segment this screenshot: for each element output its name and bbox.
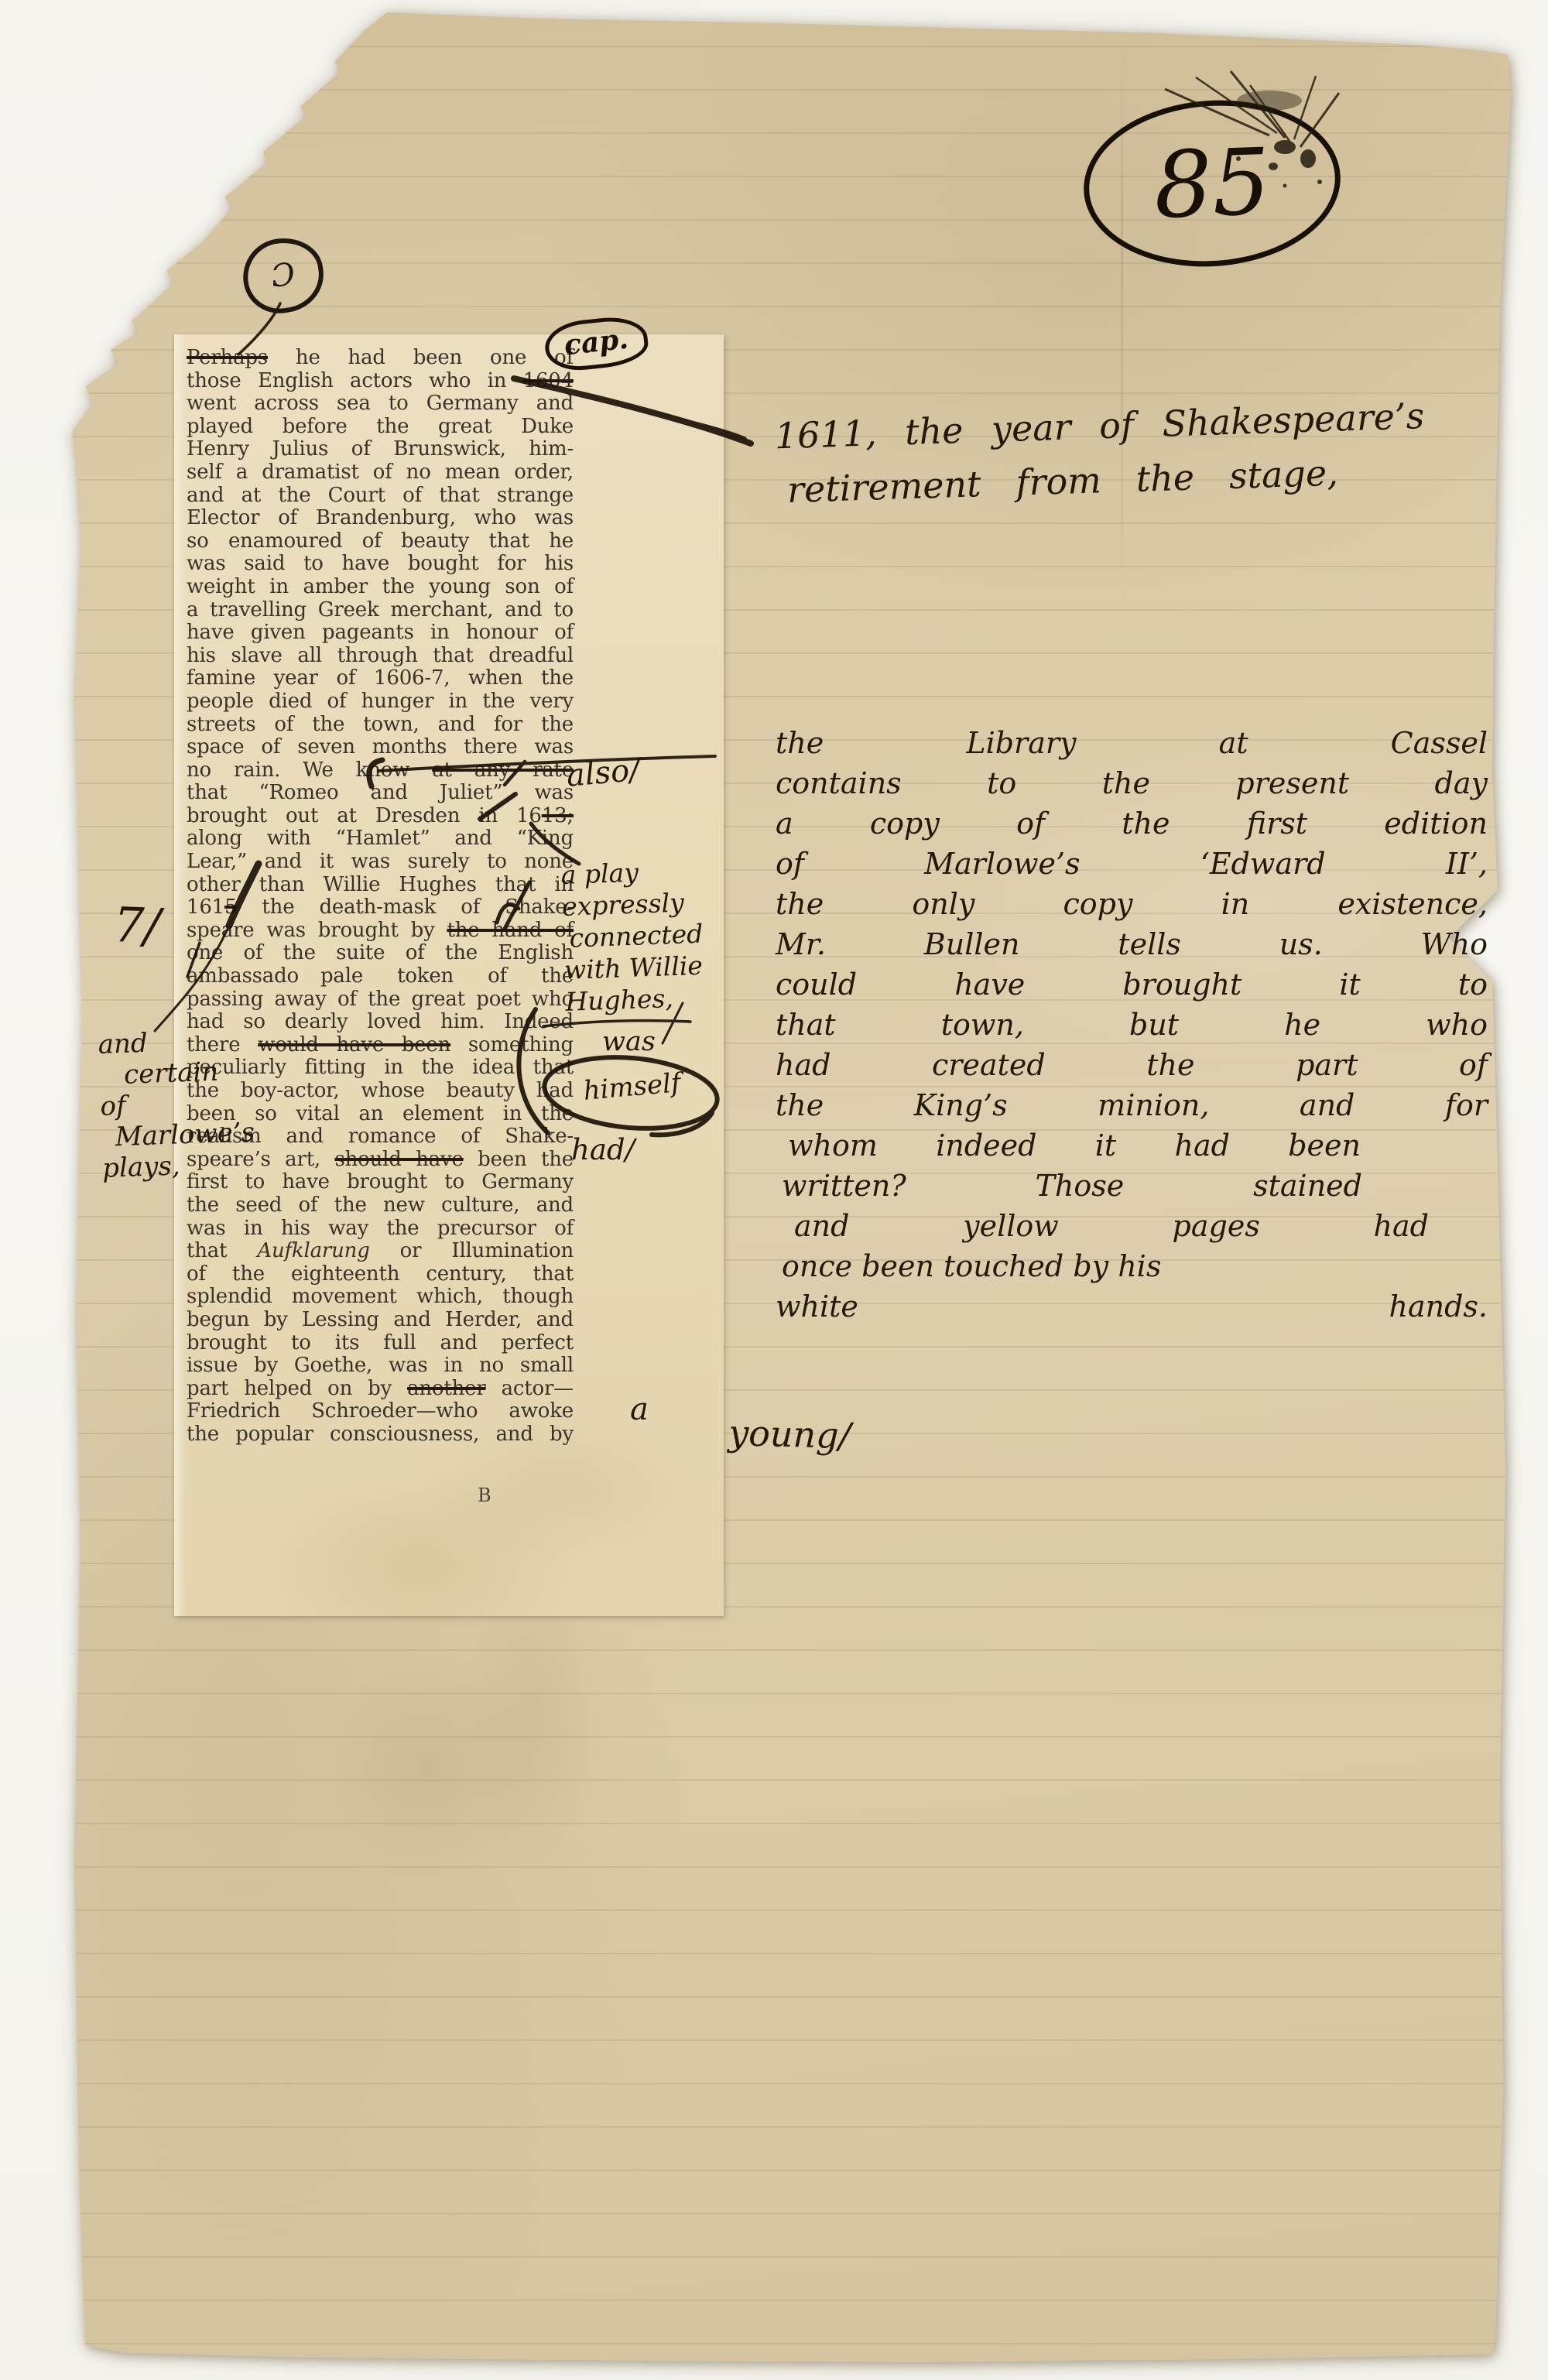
handwritten-line: connected [569, 918, 704, 954]
printed-line: passing away of the great poet who [187, 988, 574, 1012]
printer-signature-mark: B [478, 1485, 491, 1506]
handwritten-inserted-passage: the Library at Casselcontains to the pre… [776, 723, 1488, 1327]
handwritten-line: and [98, 1024, 252, 1060]
printed-line: Elector of Brandenburg, who was [187, 507, 574, 530]
handwritten-young-note: young/ [728, 1412, 851, 1457]
printed-line: one of the suite of the English [187, 942, 574, 965]
printed-line: the seed of the new culture, and [187, 1194, 574, 1217]
printed-line: that Aufklarung or Illumination [187, 1240, 574, 1263]
handwritten-line: certain [123, 1055, 252, 1091]
handwritten-marlowe-note: andcertainofMarlowe’splays, [98, 1024, 256, 1184]
handwritten-line: of Marlowe’s ‘Edward II’, [776, 844, 1488, 884]
handwritten-had-note: had/ [571, 1133, 635, 1166]
handwritten-play-note: a playexpresslyconnectedwith WillieHughe… [560, 854, 706, 1018]
manuscript-scan: Perhaps he had been one ofthose English … [0, 0, 1548, 2380]
printed-line: self a dramatist of no mean order, [187, 461, 574, 485]
handwritten-line: Hughes, [565, 981, 706, 1018]
printed-text-column: Perhaps he had been one ofthose English … [187, 347, 574, 1447]
printed-line: Henry Julius of Brunswick, him- [187, 438, 574, 461]
handwritten-line: written? Those stained [782, 1166, 1362, 1206]
handwritten-was-note: was [602, 1026, 656, 1057]
printed-line: space of seven months there was [187, 736, 574, 759]
printed-line: 1615 the death-mask of Shake- [187, 896, 574, 919]
printed-line: his slave all through that dreadful [187, 645, 574, 668]
printed-line: splendid movement which, though [187, 1286, 574, 1309]
printed-line: ambassadopale token of the [187, 965, 574, 988]
printed-line: was in his way the precursor of [187, 1217, 574, 1241]
printed-line: famine year of 1606-7, when the [187, 667, 574, 690]
handwritten-line: Marlowe’s [115, 1117, 255, 1152]
printed-line: went across sea to Germany and [187, 392, 574, 416]
handwritten-line: a play [560, 854, 701, 891]
printed-line: of the eighteenth century, that [187, 1263, 574, 1286]
handwritten-line: with Willie [563, 950, 704, 986]
printed-line: the popular consciousness, and by [187, 1423, 574, 1447]
handwritten-line: white hands. [776, 1286, 1488, 1327]
handwritten-line: that town, but he who [776, 1005, 1488, 1045]
page-number: 85 [1152, 128, 1272, 238]
printed-line: other than Willie Hughes that in [187, 874, 574, 897]
printed-line: weight in amber the young son of [187, 576, 574, 599]
handwritten-year-insert: 1611, the year of Shakespeare’sretiremen… [785, 398, 1339, 523]
printed-line: that “Romeo and Juliet” was [187, 782, 574, 805]
printed-line: those English actors who in 1604 [187, 370, 574, 393]
handwritten-line: once been touched by his [782, 1246, 1037, 1286]
printed-line: a travelling Greek merchant, and to [187, 599, 574, 622]
printed-line: Perhaps he had been one of [187, 347, 574, 370]
printed-line: issue by Goethe, was in no small [187, 1354, 574, 1378]
handwritten-line: a copy of the first edition [776, 803, 1488, 844]
printed-line: people died of hunger in the very [187, 690, 574, 714]
printed-line: and at the Court of that strange [187, 485, 574, 508]
printed-line: streets of the town, and for the [187, 714, 574, 737]
handwritten-line: of [100, 1086, 254, 1122]
handwritten-also-note: also/ [565, 752, 641, 794]
handwritten-a-note: a [630, 1392, 649, 1427]
printed-line: played before the great Duke [187, 416, 574, 439]
printed-line: part helped on by another actor— [187, 1378, 574, 1401]
handwritten-line: the King’s minion, and for [776, 1085, 1488, 1125]
handwritten-line: expressly [561, 886, 702, 923]
handwritten-line: whom indeed it had been [788, 1125, 1361, 1166]
printed-line: Friedrich Schroeder—who awoke [187, 1400, 574, 1423]
handwritten-line: plays, [102, 1148, 256, 1184]
printed-line: have given pageants in honour of [187, 622, 574, 645]
printed-line: brought to its full and perfect [187, 1332, 574, 1355]
printed-line: along with “Hamlet” and “King [187, 827, 574, 851]
handwritten-line: had created the part of [776, 1045, 1488, 1085]
printed-line: Lear,” and it was surely to none [187, 851, 574, 874]
handwritten-line: and yellow pages had [794, 1206, 1429, 1246]
printed-line: no rain. We know at any rate [187, 759, 574, 782]
handwritten-line: could have brought it to [776, 964, 1488, 1005]
handwritten-line: Mr. Bullen tells us. Who [776, 924, 1488, 964]
handwritten-line: the Library at Cassel [776, 723, 1488, 763]
printed-line: so enamoured of beauty that he [187, 530, 574, 553]
printed-line: was said to have bought for his [187, 553, 574, 576]
deletion-glyph: Ɔ [269, 256, 298, 295]
printed-line: brought out at Dresden in 1613; [187, 805, 574, 828]
handwritten-margin-seven: 7/ [112, 896, 161, 954]
printed-line: begun by Lessing and Herder, and [187, 1309, 574, 1332]
printed-line: speare was brought by the hand of [187, 919, 574, 943]
handwritten-line: the only copy in existence, [776, 884, 1488, 924]
handwritten-line: contains to the present day [776, 763, 1488, 803]
